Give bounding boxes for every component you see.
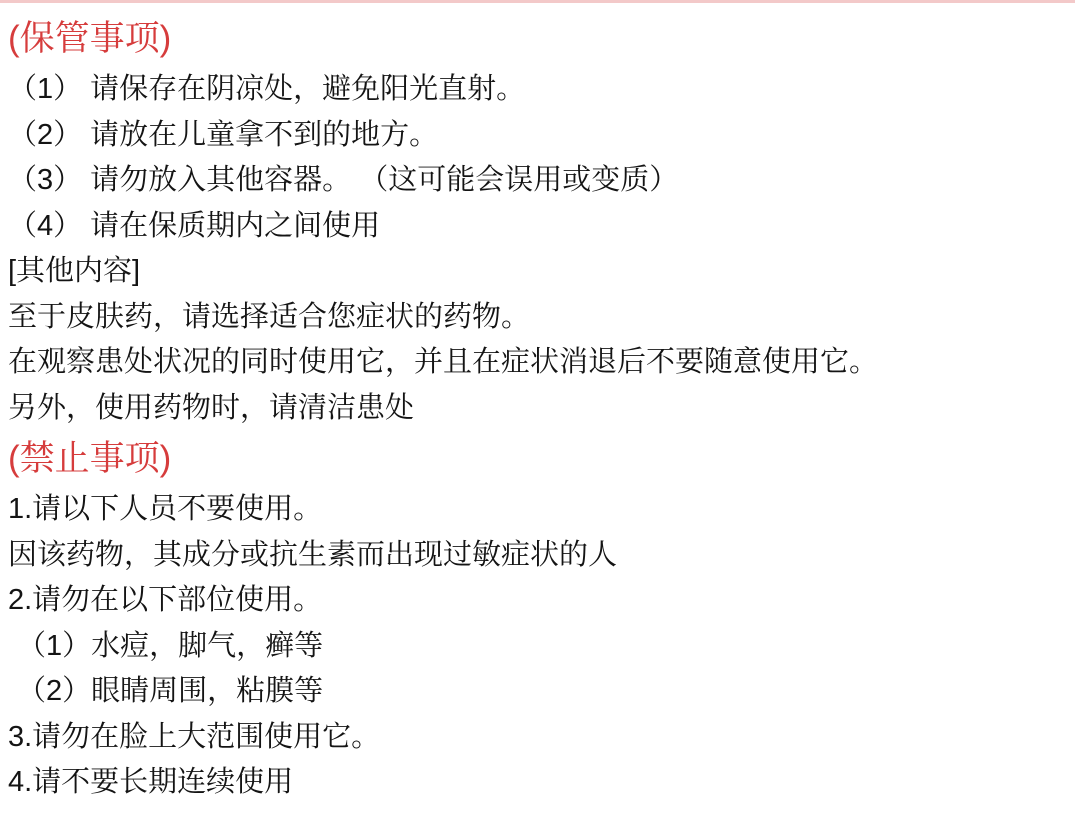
prohibition-line-4: 3.请勿在脸上大范围使用它。	[8, 715, 1067, 761]
prohibition-sub-item-1: （1）水痘，脚气，癣等	[8, 624, 1067, 670]
other-content-line-3: 另外，使用药物时，请清洁患处	[8, 386, 1067, 432]
medication-label-document: (保管事项) （1） 请保存在阴凉处，避免阳光直射。 （2） 请放在儿童拿不到的…	[0, 0, 1075, 818]
other-content-label: [其他内容]	[8, 249, 1067, 295]
document-content: (保管事项) （1） 请保存在阴凉处，避免阳光直射。 （2） 请放在儿童拿不到的…	[0, 0, 1075, 806]
other-content-line-1: 至于皮肤药，请选择适合您症状的药物。	[8, 295, 1067, 341]
top-divider	[0, 0, 1075, 3]
prohibition-line-2: 因该药物，其成分或抗生素而出现过敏症状的人	[8, 533, 1067, 579]
prohibition-line-5: 4.请不要长期连续使用	[8, 760, 1067, 806]
storage-item-3: （3） 请勿放入其他容器。 （这可能会误用或变质）	[8, 158, 1067, 204]
storage-item-1: （1） 请保存在阴凉处，避免阳光直射。	[8, 67, 1067, 113]
prohibition-sub-item-2: （2）眼睛周围，粘膜等	[8, 669, 1067, 715]
section-heading-prohibition: (禁止事项)	[8, 431, 1067, 487]
prohibition-line-1: 1.请以下人员不要使用。	[8, 487, 1067, 533]
section-heading-storage: (保管事项)	[8, 11, 1067, 67]
prohibition-line-3: 2.请勿在以下部位使用。	[8, 578, 1067, 624]
other-content-line-2: 在观察患处状况的同时使用它，并且在症状消退后不要随意使用它。	[8, 340, 1067, 386]
storage-item-2: （2） 请放在儿童拿不到的地方。	[8, 113, 1067, 159]
storage-item-4: （4） 请在保质期内之间使用	[8, 204, 1067, 250]
